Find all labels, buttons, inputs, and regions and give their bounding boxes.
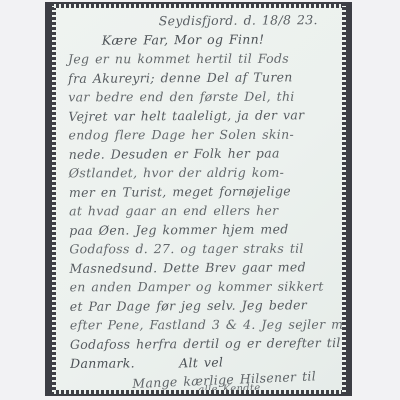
- letter-body-line: fra Akureyri; denne Del af Turen: [68, 67, 332, 88]
- letter-body-line: paa Øen. Jeg kommer hjem med: [69, 219, 333, 240]
- perforation-right: [342, 6, 346, 392]
- letter-body-line: nede. Desuden er Folk her paa: [69, 143, 333, 164]
- letter-body-line: mer en Turist, meget fornøjelige: [69, 181, 333, 202]
- letter-body-line: Jeg er nu kommet hertil til Fods: [68, 49, 332, 69]
- letter-body-line: en anden Damper og kommer sikkert: [70, 277, 334, 297]
- letter-body-line: endog flere Dage her Solen skin-: [69, 125, 333, 145]
- letter-body-line: Masnedsund. Dette Brev gaar med: [69, 257, 333, 278]
- handwritten-letter: Seydisfjord. d. 18/8 23. Kære Far, Mor o…: [56, 8, 342, 390]
- lettercard-paper: Seydisfjord. d. 18/8 23. Kære Far, Mor o…: [56, 8, 342, 390]
- letter-body-line: var bedre end den første Del, thi: [68, 87, 332, 107]
- letter-body-line: Vejret var helt taaleligt, ja der var: [68, 105, 332, 126]
- letter-dateline: Seydisfjord. d. 18/8 23.: [68, 10, 332, 31]
- letter-body: Jeg er nu kommet hertil til Fodsfra Akur…: [68, 48, 334, 354]
- letter-salutation: Kære Far, Mor og Finn!: [68, 29, 332, 50]
- closing-place: Danmark.: [70, 355, 135, 370]
- letter-photo: Seydisfjord. d. 18/8 23. Kære Far, Mor o…: [0, 0, 400, 400]
- letter-body-line: efter Pene, Fastland 3 & 4. Jeg sejler m…: [70, 315, 334, 335]
- perforation-bottom: [54, 390, 344, 394]
- letter-body-line: Østlandet, hvor der aldrig kom-: [69, 163, 333, 183]
- letter-body-line: et Par Dage før jeg selv. Jeg beder: [70, 295, 334, 316]
- letter-body-line: Godafoss d. 27. og tager straks til: [69, 239, 333, 259]
- letter-body-line: at hvad gaar an end ellers her: [69, 201, 333, 221]
- closing-phrase: Alt vel: [178, 352, 223, 372]
- letter-body-line: Godafoss herfra dertil og er derefter ti…: [70, 333, 334, 354]
